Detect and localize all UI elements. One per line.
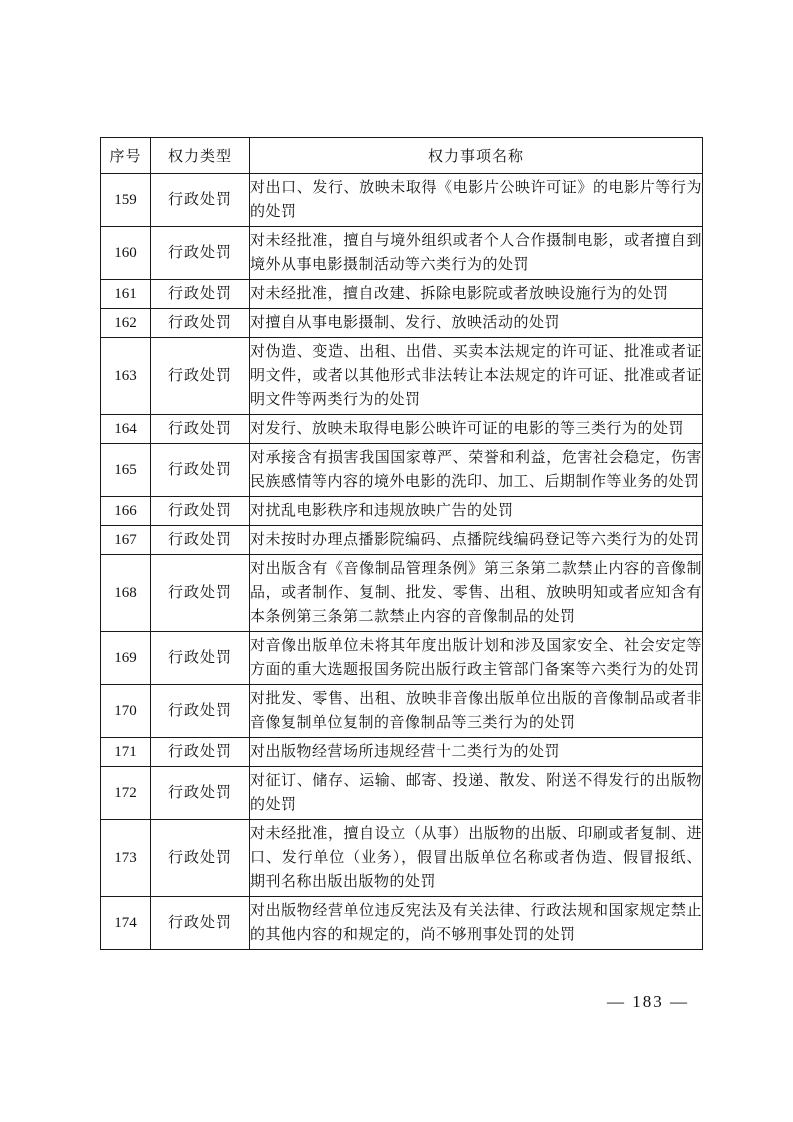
serial-number-cell: 166 bbox=[101, 497, 151, 526]
serial-number-cell: 174 bbox=[101, 897, 151, 950]
table-row: 164行政处罚对发行、放映未取得电影公映许可证的电影的等三类行为的处罚 bbox=[101, 415, 703, 444]
power-item-name-cell: 对征订、储存、运输、邮寄、投递、散发、附送不得发行的出版物的处罚 bbox=[250, 767, 703, 820]
power-item-name-cell: 对扰乱电影秩序和违规放映广告的处罚 bbox=[250, 497, 703, 526]
serial-number-cell: 160 bbox=[101, 227, 151, 280]
power-type-cell: 行政处罚 bbox=[151, 227, 250, 280]
power-type-cell: 行政处罚 bbox=[151, 820, 250, 897]
power-type-cell: 行政处罚 bbox=[151, 685, 250, 738]
serial-number-cell: 171 bbox=[101, 738, 151, 767]
power-type-cell: 行政处罚 bbox=[151, 897, 250, 950]
serial-number-cell: 165 bbox=[101, 444, 151, 497]
power-item-name-cell: 对未经批准，擅自与境外组织或者个人合作摄制电影，或者擅自到境外从事电影摄制活动等… bbox=[250, 227, 703, 280]
table-row: 166行政处罚对扰乱电影秩序和违规放映广告的处罚 bbox=[101, 497, 703, 526]
table-row: 163行政处罚对伪造、变造、出租、出借、买卖本法规定的许可证、批准或者证明文件，… bbox=[101, 338, 703, 415]
table-row: 167行政处罚对未按时办理点播影院编码、点播院线编码登记等六类行为的处罚 bbox=[101, 526, 703, 555]
power-type-cell: 行政处罚 bbox=[151, 280, 250, 309]
table-header: 序号 权力类型 权力事项名称 bbox=[101, 138, 703, 174]
table-row: 172行政处罚对征订、储存、运输、邮寄、投递、散发、附送不得发行的出版物的处罚 bbox=[101, 767, 703, 820]
serial-number-cell: 163 bbox=[101, 338, 151, 415]
power-item-name-cell: 对未按时办理点播影院编码、点播院线编码登记等六类行为的处罚 bbox=[250, 526, 703, 555]
table-row: 159行政处罚对出口、发行、放映未取得《电影片公映许可证》的电影片等行为的处罚 bbox=[101, 174, 703, 227]
power-type-cell: 行政处罚 bbox=[151, 632, 250, 685]
page-number: — 183 — bbox=[607, 992, 689, 1012]
power-item-name-cell: 对出版含有《音像制品管理条例》第三条第二款禁止内容的音像制品，或者制作、复制、批… bbox=[250, 555, 703, 632]
table-header-row: 序号 权力类型 权力事项名称 bbox=[101, 138, 703, 174]
power-item-name-cell: 对出口、发行、放映未取得《电影片公映许可证》的电影片等行为的处罚 bbox=[250, 174, 703, 227]
power-type-cell: 行政处罚 bbox=[151, 738, 250, 767]
serial-number-cell: 169 bbox=[101, 632, 151, 685]
table-row: 173行政处罚对未经批准，擅自设立（从事）出版物的出版、印刷或者复制、进口、发行… bbox=[101, 820, 703, 897]
header-power-type: 权力类型 bbox=[151, 138, 250, 174]
table-row: 171行政处罚对出版物经营场所违规经营十二类行为的处罚 bbox=[101, 738, 703, 767]
power-item-name-cell: 对出版物经营场所违规经营十二类行为的处罚 bbox=[250, 738, 703, 767]
table-row: 169行政处罚对音像出版单位未将其年度出版计划和涉及国家安全、社会安定等方面的重… bbox=[101, 632, 703, 685]
serial-number-cell: 159 bbox=[101, 174, 151, 227]
table-row: 161行政处罚对未经批准，擅自改建、拆除电影院或者放映设施行为的处罚 bbox=[101, 280, 703, 309]
serial-number-cell: 161 bbox=[101, 280, 151, 309]
serial-number-cell: 172 bbox=[101, 767, 151, 820]
table-row: 160行政处罚对未经批准，擅自与境外组织或者个人合作摄制电影，或者擅自到境外从事… bbox=[101, 227, 703, 280]
document-page: 序号 权力类型 权力事项名称 159行政处罚对出口、发行、放映未取得《电影片公映… bbox=[0, 0, 793, 1122]
power-item-name-cell: 对批发、零售、出租、放映非音像出版单位出版的音像制品或者非音像复制单位复制的音像… bbox=[250, 685, 703, 738]
table-row: 165行政处罚对承接含有损害我国国家尊严、荣誉和利益，危害社会稳定，伤害民族感情… bbox=[101, 444, 703, 497]
serial-number-cell: 162 bbox=[101, 309, 151, 338]
power-type-cell: 行政处罚 bbox=[151, 497, 250, 526]
table-body: 159行政处罚对出口、发行、放映未取得《电影片公映许可证》的电影片等行为的处罚1… bbox=[101, 174, 703, 950]
serial-number-cell: 167 bbox=[101, 526, 151, 555]
serial-number-cell: 170 bbox=[101, 685, 151, 738]
power-type-cell: 行政处罚 bbox=[151, 767, 250, 820]
power-item-name-cell: 对未经批准，擅自改建、拆除电影院或者放映设施行为的处罚 bbox=[250, 280, 703, 309]
power-type-cell: 行政处罚 bbox=[151, 338, 250, 415]
power-type-cell: 行政处罚 bbox=[151, 555, 250, 632]
power-item-name-cell: 对擅自从事电影摄制、发行、放映活动的处罚 bbox=[250, 309, 703, 338]
power-item-name-cell: 对出版物经营单位违反宪法及有关法律、行政法规和国家规定禁止的其他内容的和规定的，… bbox=[250, 897, 703, 950]
table-row: 174行政处罚对出版物经营单位违反宪法及有关法律、行政法规和国家规定禁止的其他内… bbox=[101, 897, 703, 950]
power-item-name-cell: 对伪造、变造、出租、出借、买卖本法规定的许可证、批准或者证明文件，或者以其他形式… bbox=[250, 338, 703, 415]
power-type-cell: 行政处罚 bbox=[151, 174, 250, 227]
table-row: 162行政处罚对擅自从事电影摄制、发行、放映活动的处罚 bbox=[101, 309, 703, 338]
power-type-cell: 行政处罚 bbox=[151, 415, 250, 444]
power-item-name-cell: 对音像出版单位未将其年度出版计划和涉及国家安全、社会安定等方面的重大选题报国务院… bbox=[250, 632, 703, 685]
power-item-name-cell: 对未经批准，擅自设立（从事）出版物的出版、印刷或者复制、进口、发行单位（业务），… bbox=[250, 820, 703, 897]
header-serial-number: 序号 bbox=[101, 138, 151, 174]
power-type-cell: 行政处罚 bbox=[151, 526, 250, 555]
table-row: 168行政处罚对出版含有《音像制品管理条例》第三条第二款禁止内容的音像制品，或者… bbox=[101, 555, 703, 632]
power-item-name-cell: 对承接含有损害我国国家尊严、荣誉和利益，危害社会稳定，伤害民族感情等内容的境外电… bbox=[250, 444, 703, 497]
power-type-cell: 行政处罚 bbox=[151, 444, 250, 497]
power-type-cell: 行政处罚 bbox=[151, 309, 250, 338]
power-item-name-cell: 对发行、放映未取得电影公映许可证的电影的等三类行为的处罚 bbox=[250, 415, 703, 444]
header-power-item-name: 权力事项名称 bbox=[250, 138, 703, 174]
power-items-table: 序号 权力类型 权力事项名称 159行政处罚对出口、发行、放映未取得《电影片公映… bbox=[100, 137, 703, 950]
serial-number-cell: 168 bbox=[101, 555, 151, 632]
serial-number-cell: 164 bbox=[101, 415, 151, 444]
table-row: 170行政处罚对批发、零售、出租、放映非音像出版单位出版的音像制品或者非音像复制… bbox=[101, 685, 703, 738]
serial-number-cell: 173 bbox=[101, 820, 151, 897]
